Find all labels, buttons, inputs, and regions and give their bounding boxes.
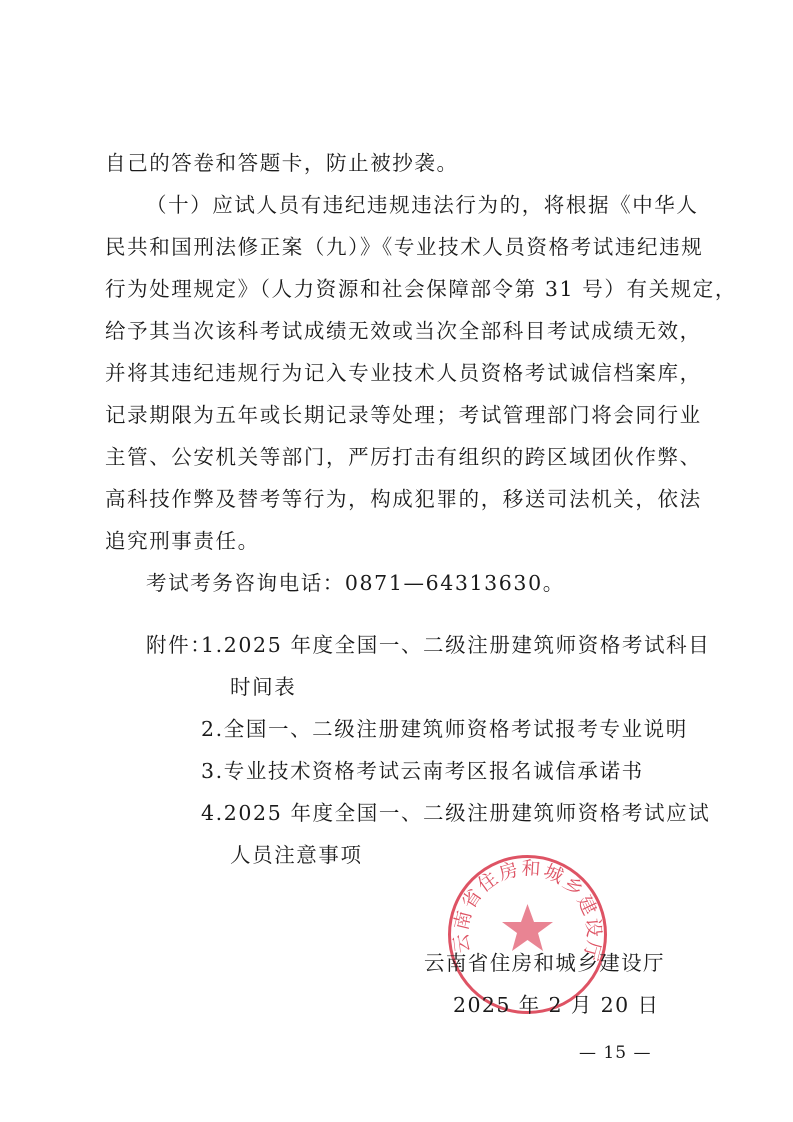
attachment-title: 专业技术资格考试云南考区报名诚信承诺书 (224, 759, 644, 783)
attachment-title-continuation: 人员注意事项 (230, 842, 363, 868)
attachment-number: 2. (201, 717, 224, 741)
document-page: 自己的答卷和答题卡，防止被抄袭。 （十）应试人员有违纪违规违法行为的，将根据《中… (0, 0, 793, 1122)
issue-date: 2025 年 2 月 20 日 (453, 992, 659, 1018)
attachment-title: 2025 年度全国一、二级注册建筑师资格考试应试 (224, 801, 711, 825)
body-line-8: 主管、公安机关等部门，严厉打击有组织的跨区域团伙作弊、 (105, 444, 702, 470)
body-line-4: 行为处理规定》（人力资源和社会保障部令第 31 号）有关规定， (105, 276, 737, 302)
body-line-1: 自己的答卷和答题卡，防止被抄袭。 (105, 150, 459, 176)
issuing-organization: 云南省住房和城乡建设厅 (424, 950, 665, 976)
attachment-number: 1. (201, 633, 224, 657)
attachment-number: 3. (201, 759, 224, 783)
body-line-5: 给予其当次该科考试成绩无效或当次全部科目考试成绩无效， (105, 318, 702, 344)
attachment-title: 全国一、二级注册建筑师资格考试报考专业说明 (224, 717, 688, 741)
contact-phone-line: 考试考务咨询电话：0871—64313630。 (146, 570, 565, 596)
body-line-2: （十）应试人员有违纪违规违法行为的，将根据《中华人 (146, 192, 699, 218)
attachment-number: 4. (201, 801, 224, 825)
page-number: — 15 — (579, 1043, 651, 1063)
body-line-3: 民共和国刑法修正案（九）》《专业技术人员资格考试违纪违规 (105, 234, 703, 260)
body-line-6: 并将其违纪违规行为记入专业技术人员资格考试诚信档案库， (105, 360, 702, 386)
body-line-9: 高科技作弊及替考等行为，构成犯罪的，移送司法机关，依法 (105, 486, 702, 512)
attachment-title-continuation: 时间表 (230, 674, 296, 700)
body-line-10: 追究刑事责任。 (105, 528, 260, 554)
attachment-title: 2025 年度全国一、二级注册建筑师资格考试科目 (224, 633, 711, 657)
body-line-7: 记录期限为五年或长期记录等处理；考试管理部门将会同行业 (105, 402, 702, 428)
